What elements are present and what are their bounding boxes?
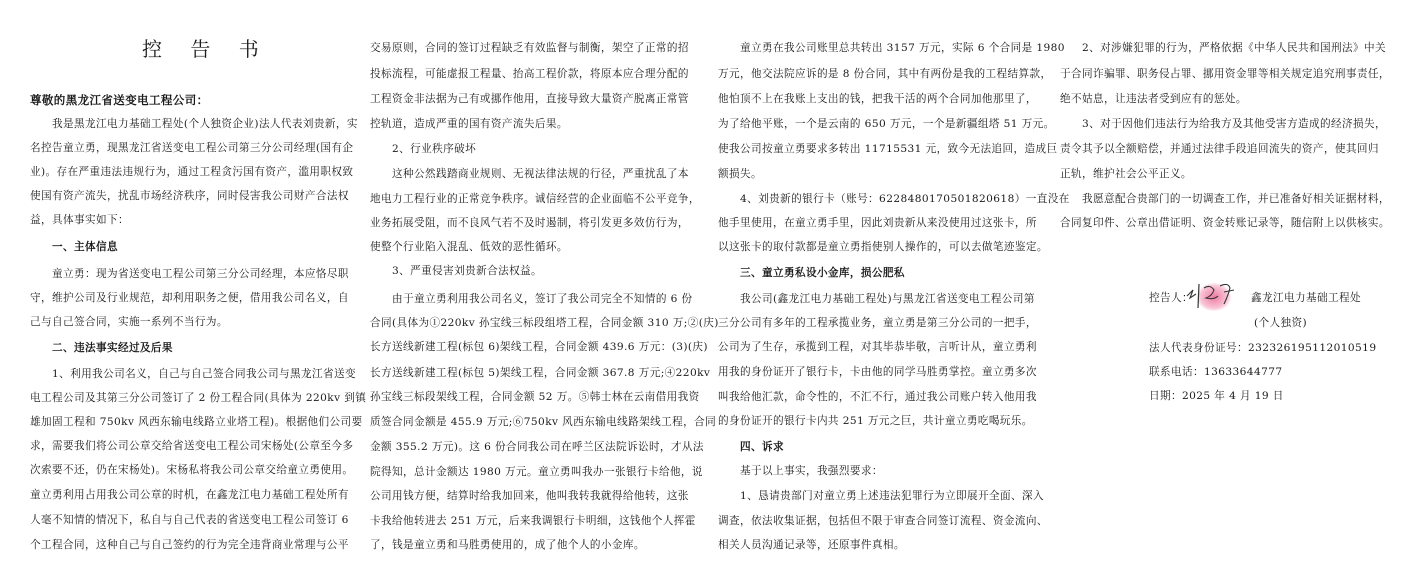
paragraph-line: 长方送线新建工程(标包 6)架线工程，合同金额 439.6 万元：(3)(庆) — [370, 340, 708, 354]
paragraph-line: 责令其予以全额赔偿，并通过法律手段追回流失的资产，使其回归 — [1060, 142, 1379, 156]
paragraph-line: 为了给他平账，一个是云南的 650 万元，一个是新疆组塔 51 万元。 — [718, 117, 1055, 131]
paragraph-line: 交易原则，合同的签订过程缺乏有效监督与制衡，架空了正常的招 — [370, 41, 689, 55]
company-type: (个人独资) — [1254, 316, 1307, 330]
company-name: 鑫龙江电力基础工程处 — [1251, 291, 1361, 305]
paragraph-line: 基于以上事实，我强烈要求： — [718, 464, 883, 478]
contact-phone: 联系电话：13633644777 — [1149, 365, 1283, 379]
paragraph-line: 我是黑龙江电力基础工程处(个人独资企业)法人代表刘贵新，实 — [30, 117, 358, 131]
paragraph-line: 我愿意配合贵部门的一切调查工作，并已准备好相关证据材料， — [1060, 192, 1390, 206]
section-heading: 二、违法事实经过及后果 — [30, 341, 173, 355]
section-heading: 四、诉求 — [718, 440, 784, 454]
paragraph-line: 他怕顶不上在我账上支出的钱，把我干活的两个合同加他那里了， — [718, 92, 1037, 106]
paragraph-line: 我公司(鑫龙江电力基础工程处)与黑龙江省送变电工程公司第 — [718, 292, 1035, 306]
paragraph-line: 求，需要我们将公司公章交给省送变电工程公司宋杨处(公章至今多 — [30, 439, 353, 453]
paragraph-line: 用我的身份证开了银行卡，卡由他的同学马胜勇掌控。童立勇多次 — [718, 365, 1037, 379]
paragraph-line: 投标流程，可能虚报工程量、抬高工程价款，将原本应合理分配的 — [370, 67, 689, 81]
paragraph-line: 使整个行业陷入混乱、低效的恶性循环。 — [370, 240, 568, 254]
paragraph-line: 质签合同金额是 455.9 万元;⑥750kv 风西东输电线路架线工程，合同 — [370, 415, 716, 429]
paragraph-line: 合同复印件、公章出借证明、资金转账记录等，随信附上以供核实。 — [1060, 216, 1390, 230]
paragraph-line: 益，具体事实如下： — [30, 213, 129, 227]
section-heading: 三、童立勇私设小金库，损公肥私 — [718, 266, 905, 280]
paragraph-line: 卡我给他转进去 251 万元，后来我调银行卡明细，这钱他个人挥霍 — [370, 514, 696, 528]
paragraph-line: 院得知，总计金额达 1980 万元。童立勇叫我办一张银行卡给他，说 — [370, 465, 703, 479]
paragraph-line: 工程资金非法据为己有或挪作他用，直接导致大量资产脱离正常管 — [370, 92, 689, 106]
paragraph-line: 长方送线新建工程(标包 5)架线工程，合同金额 367.8 万元;④220kv — [370, 366, 710, 380]
paragraph-line: 公司用钱方便，结算时给我加回来，他叫我转我就得给他转，这张 — [370, 489, 689, 503]
paragraph-line: 次索要不还，仍在宋杨处)。宋杨私将我公司公章交给童立勇使用。 — [30, 463, 353, 477]
paragraph-line: 使我公司按童立勇要求多转出 11715531 元，致今无法追回，造成巨 — [718, 142, 1058, 156]
paragraph-line: 1、恳请贵部门对童立勇上述违法犯罪行为立即展开全面、深入 — [718, 489, 1044, 503]
salutation: 尊敬的黑龙江省送变电工程公司： — [30, 93, 209, 107]
paragraph-line: 使国有资产流失，扰乱市场经济秩序，同时侵害我公司财产合法权 — [30, 189, 349, 203]
paragraph-line: 调查，依法收集证据，包括但不限于审查合同签订流程、资金流向、 — [718, 514, 1048, 528]
subsection-heading: 2、行业秩序破坏 — [370, 142, 476, 156]
paragraph-line: 金额 355.2 万元)。这 6 份合同我公司在呼兰区法院诉讼时，才从法 — [370, 440, 704, 454]
document-title: 控 告 书 — [142, 33, 270, 62]
paragraph-line: 由于童立勇利用我公司名义，签订了我公司完全不知情的 6 份 — [370, 292, 693, 306]
paragraph-line: 名控告童立勇，现黑龙江省送变电工程公司第三分公司经理(国有企 — [30, 141, 353, 155]
paragraph-line: 叫我给他汇款，命令性的，不汇不行，通过我公司账户转入他用我 — [718, 390, 1037, 404]
paragraph-line: 业务拓展受阻，而不良风气若不及时遏制，将引发更多效仿行为， — [370, 216, 689, 230]
paragraph-line: 相关人员沟通记录等，还原事件真相。 — [718, 538, 905, 552]
paragraph-line: 个工程合同，这种自己与自己签约的行为完全违背商业常理与公平 — [30, 538, 349, 552]
paragraph-line: 人毫不知情的情况下，私自与自己代表的省送变电工程公司签订 6 — [30, 513, 349, 527]
paragraph-line: 以这张卡的取付款都是童立勇指使别人操作的，可以去做笔迹鉴定。 — [718, 240, 1048, 254]
paragraph-line: 正轨，维护社会公平正义。 — [1060, 167, 1192, 181]
paragraph-line: 公司为了生存，承揽到工程，对其毕恭毕敬，言听计从，童立勇利 — [718, 340, 1037, 354]
paragraph-line: 守，维护公司及行业规范，却利用职务之便，借用我公司名义，自 — [30, 291, 349, 305]
paragraph-line: 童立勇利用占用我公司公章的时机，在鑫龙江电力基础工程处所有 — [30, 488, 349, 502]
paragraph-line: 绝不姑息，让违法者受到应有的惩处。 — [1060, 92, 1247, 106]
paragraph-line: 雄加固工程和 750kv 风西东输电线路立业塔工程)。根据他们公司要 — [30, 415, 363, 429]
paragraph-line: 己与自己签合同，实施一系列不当行为。 — [30, 315, 228, 329]
subsection-heading: 3、严重侵害刘贵新合法权益。 — [370, 264, 542, 278]
paragraph-line: 的身份证开的银行卡内共 251 万元之巨，共计童立勇吃喝玩乐。 — [718, 414, 1033, 428]
paragraph-line: 2、对涉嫌犯罪的行为，严格依据《中华人民共和国刑法》中关 — [1060, 41, 1386, 55]
paragraph-line: 这种公然践踏商业规则、无视法律法规的行径，严重扰乱了本 — [370, 167, 689, 181]
paragraph-line: 万元，他交法院应诉的是 8 份合同，其中有两份是我的工程结算款， — [718, 67, 1052, 81]
paragraph-line: 合同(具体为①220kv 孙宝线三标段组塔工程，合同金额 310 万;②(庆) — [370, 316, 719, 330]
paragraph-line: 童立勇在我公司账里总共转出 3157 万元，实际 6 个合同是 1980 — [718, 41, 1065, 55]
paragraph-line: 童立勇：现为省送变电工程公司第三分公司经理，本应恪尽职 — [30, 267, 349, 281]
accuser-label: 控告人： — [1149, 291, 1193, 305]
paragraph-line: 控轨道，造成严重的国有资产流失后果。 — [370, 117, 568, 131]
section-heading: 一、主体信息 — [30, 240, 118, 254]
legal-rep-id: 法人代表身份证号：232326195112010519 — [1149, 341, 1376, 355]
paragraph-line: 额损失。 — [718, 167, 762, 181]
paragraph-line: 1、利用我公司名义，自己与自己签合同我公司与黑龙江省送变 — [30, 367, 356, 381]
paragraph-line: 了，钱是童立勇和马胜勇使用的，成了他个人的小金库。 — [370, 538, 645, 552]
paragraph-line: 业)。存在严重违法违规行为，通过工程贪污国有资产，滥用职权致 — [30, 165, 353, 179]
paragraph-line: 三分公司有多年的工程承揽业务，童立勇是第三分公司的一把手， — [718, 316, 1037, 330]
paragraph-line: 他手里使用，在童立勇手里，因此刘贵新从来没使用过这张卡，所 — [718, 216, 1037, 230]
paragraph-line: 地电力工程行业的正常竞争秩序。诚信经营的企业面临不公平竞争， — [370, 192, 700, 206]
paragraph-line: 3、对于因他们违法行为给我方及其他受害方造成的经济损失， — [1060, 117, 1386, 131]
paragraph-line: 孙宝线三标段架线工程，合同金额 52 万。⑤韩士林在云南借用我资 — [370, 390, 700, 404]
paragraph-line: 4、刘贵新的银行卡（账号：6228480170501820618）一直没在 — [718, 192, 1070, 206]
paragraph-line: 于合同诈骗罪、职务侵占罪、挪用资金罪等相关规定追究刑事责任， — [1060, 67, 1390, 81]
document-date: 日期：2025 年 4 月 19 日 — [1149, 389, 1284, 403]
paragraph-line: 电工程公司及其第三分公司签订了 2 份工程合同(具体为 220kv 到镇 — [30, 391, 366, 405]
